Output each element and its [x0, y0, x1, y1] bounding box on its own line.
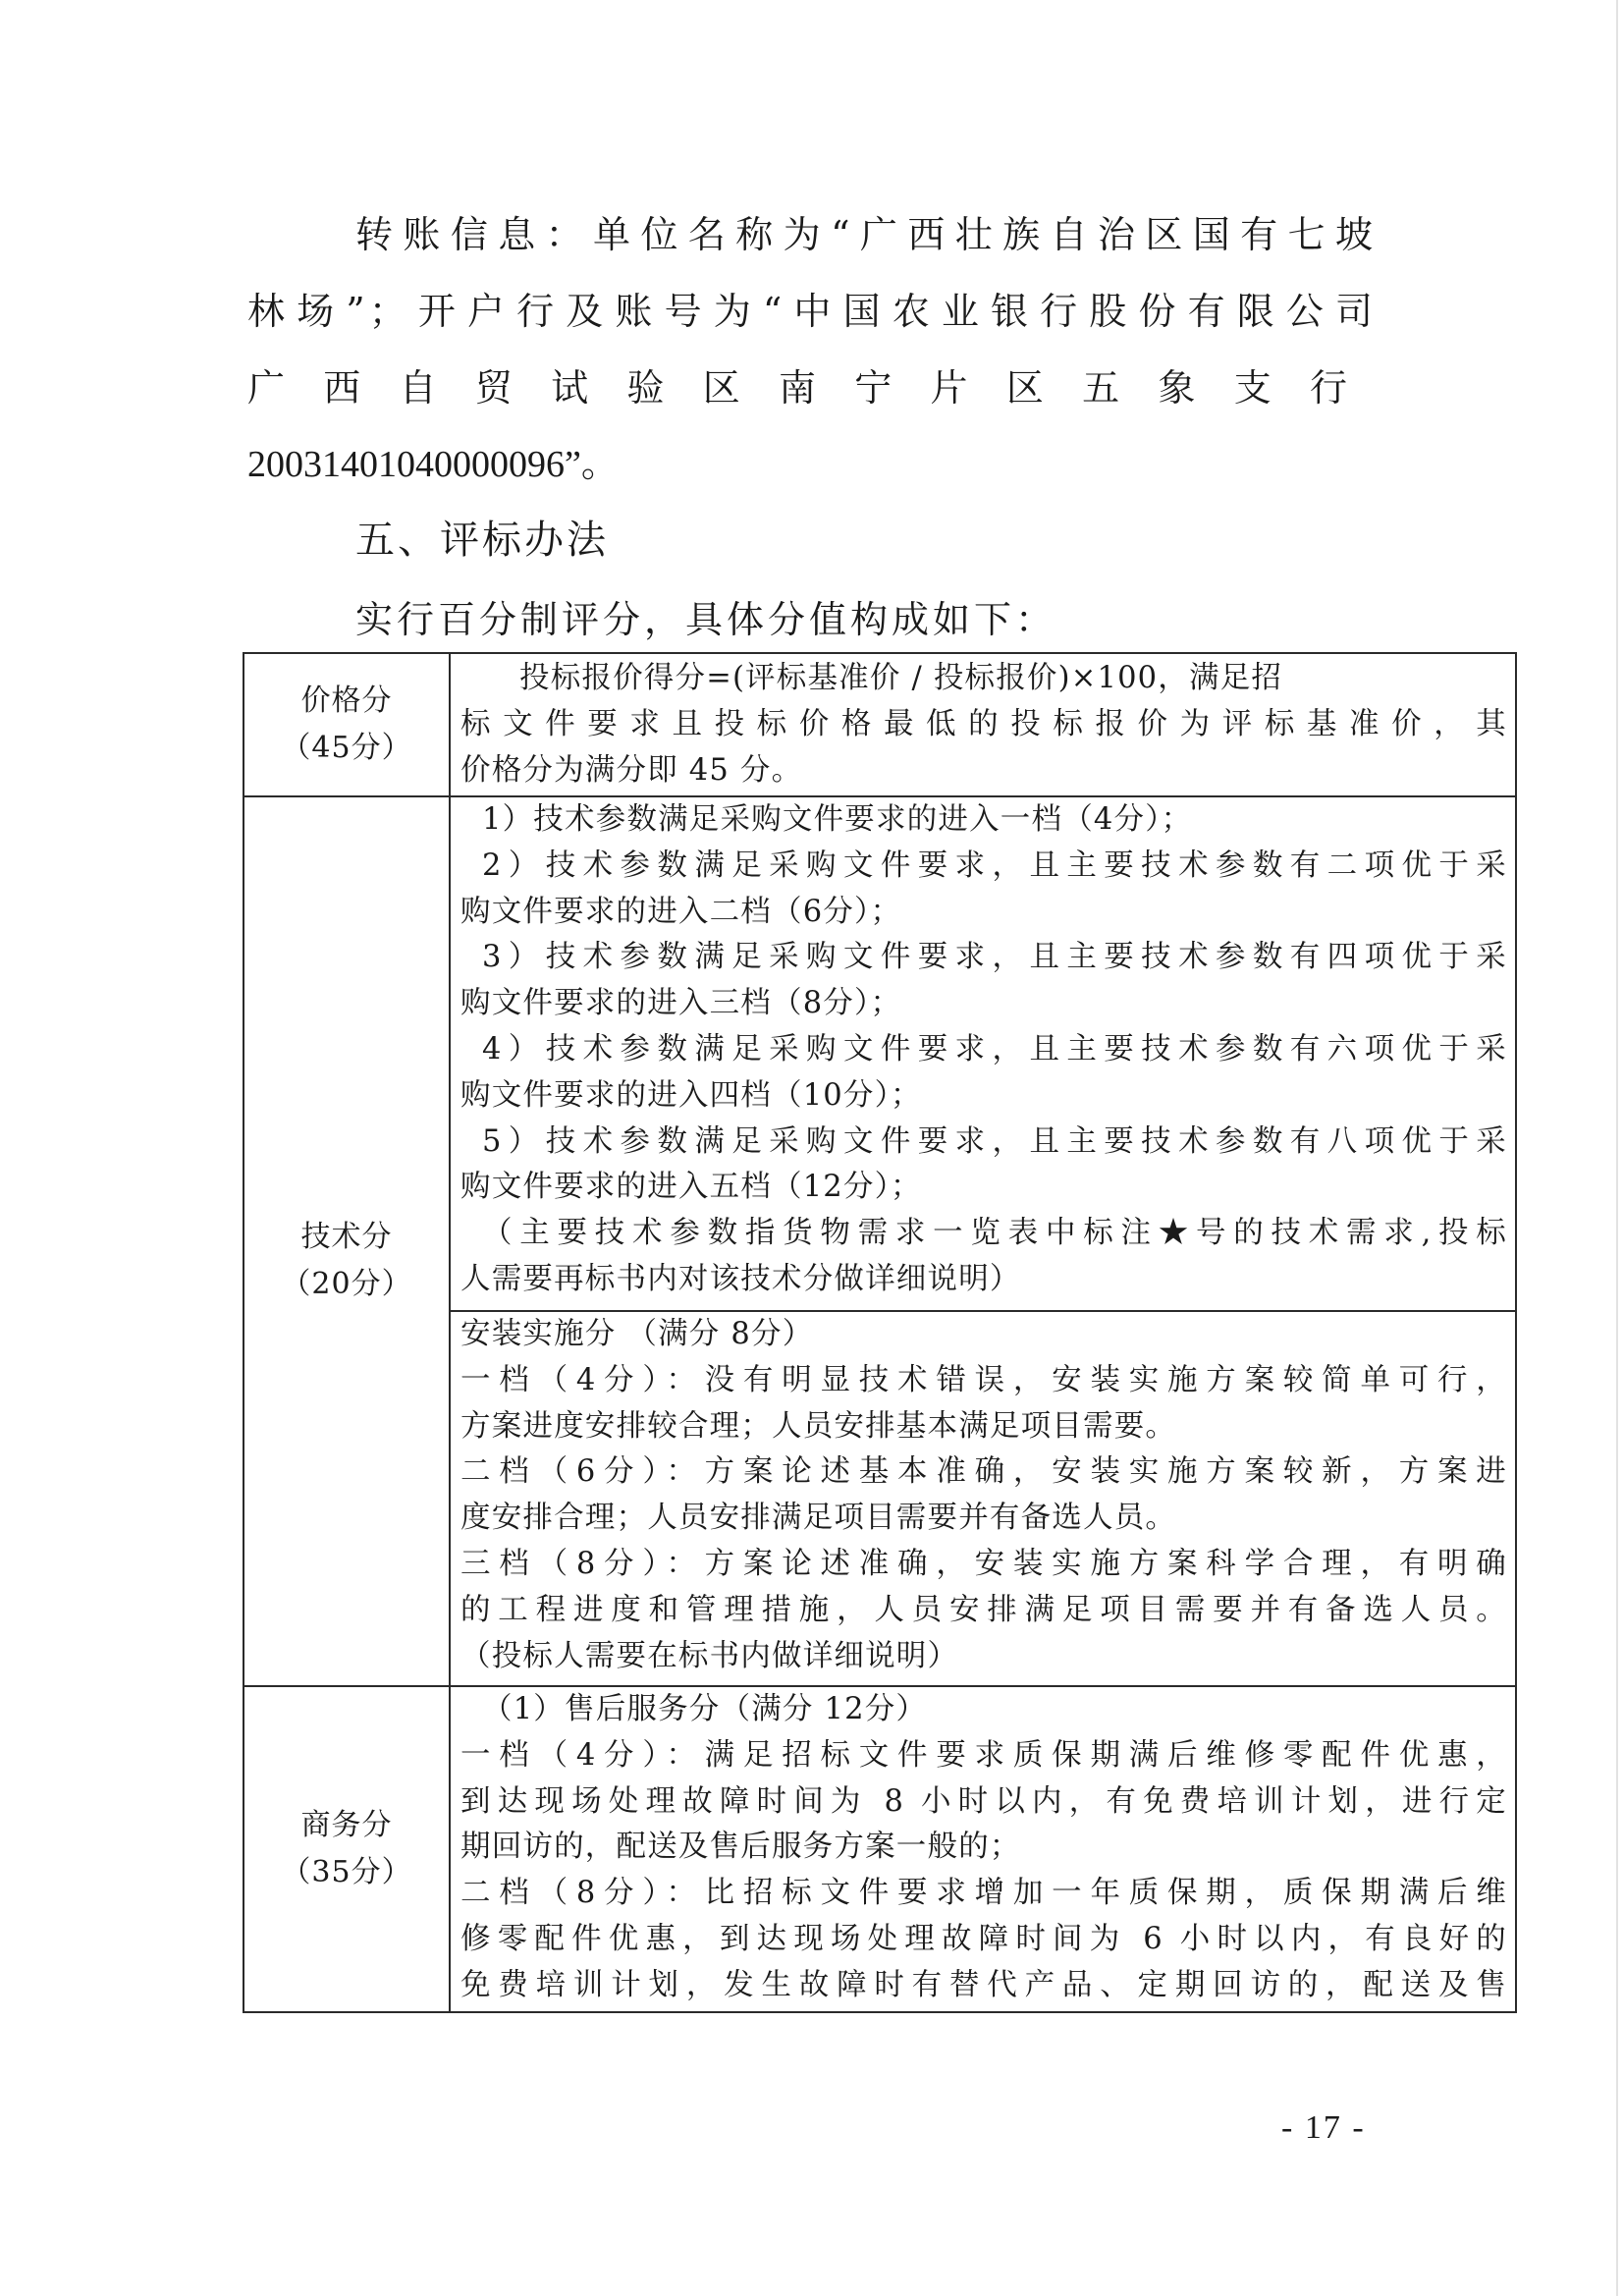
criteria-line: 的工程进度和管理措施，人员安排满足项目需要并有备选人员。: [460, 1588, 1507, 1634]
criteria-line: （1）售后服务分（满分 12分）: [460, 1687, 1507, 1733]
category-points: （35分）: [244, 1849, 449, 1896]
category-points: （45分）: [244, 725, 449, 772]
criteria-line: 4）技术参数满足采购文件要求，且主要技术参数有六项优于采: [460, 1027, 1507, 1073]
criteria-line: 二档（6分）：方案论述基本准确，安装实施方案较新，方案进: [460, 1449, 1507, 1496]
criteria-line: 购文件要求的进入二档（6分）；: [460, 890, 1507, 936]
criteria-line: 1）技术参数满足采购文件要求的进入一档（4分）；: [460, 797, 1507, 844]
criteria-line: 一档（4分）：满足招标文件要求质保期满后维修零配件优惠，: [460, 1733, 1507, 1779]
scan-edge-line: [1616, 0, 1618, 2296]
criteria-line: 2）技术参数满足采购文件要求，且主要技术参数有二项优于采: [460, 844, 1507, 890]
section-heading: 五、评标办法: [355, 511, 609, 570]
transfer-info-line: 广西自贸试验区南宁片区五象支行: [247, 350, 1377, 426]
category-cell: 技术分 （20分）: [243, 796, 450, 1686]
criteria-line: 购文件要求的进入三档（8分）；: [460, 981, 1507, 1027]
transfer-info-line: 转账信息：单位名称为“广西壮族自治区国有七坡: [247, 196, 1377, 273]
table-row-technical: 技术分 （20分） 1）技术参数满足采购文件要求的进入一档（4分）； 2）技术参…: [243, 796, 1516, 1311]
category-cell: 商务分 （35分）: [243, 1686, 450, 2012]
transfer-info-line: 林场”；开户行及账号为“中国农业银行股份有限公司: [247, 273, 1377, 350]
category-cell: 价格分 （45分）: [243, 653, 450, 796]
category-name: 商务分: [244, 1802, 449, 1849]
criteria-line: 期回访的，配送及售后服务方案一般的；: [460, 1825, 1507, 1871]
account-number-line: 20031401040000096”。: [247, 426, 1377, 503]
criteria-cell: 安装实施分 （满分 8分） 一档（4分）：没有明显技术错误，安装实施方案较简单可…: [450, 1311, 1516, 1686]
page-number: - 17 -: [1281, 2109, 1366, 2147]
criteria-line: 免费培训计划，发生故障时有替代产品、定期回访的，配送及售: [460, 1963, 1507, 2009]
table-row-business: 商务分 （35分） （1）售后服务分（满分 12分） 一档（4分）：满足招标文件…: [243, 1686, 1516, 2012]
criteria-line: 方案进度安排较合理；人员安排基本满足项目需要。: [460, 1404, 1507, 1450]
scoring-table: 价格分 （45分） 投标报价得分=(评标基准价 / 投标报价)×100，满足招 …: [243, 652, 1517, 2013]
criteria-line: 价格分为满分即 45 分。: [460, 748, 1507, 794]
criteria-line: 二档（8分）：比招标文件要求增加一年质保期，质保期满后维: [460, 1871, 1507, 1917]
criteria-line: 5）技术参数满足采购文件要求，且主要技术参数有八项优于采: [460, 1120, 1507, 1166]
transfer-info-paragraph: 转账信息：单位名称为“广西壮族自治区国有七坡 林场”；开户行及账号为“中国农业银…: [247, 196, 1377, 503]
criteria-line: 人需要再标书内对该技术分做详细说明）: [460, 1257, 1507, 1303]
criteria-line: 标文件要求且投标价格最低的投标报价为评标基准价，其: [460, 702, 1507, 748]
criteria-line: 修零配件优惠，到达现场处理故障时间为 6 小时以内，有良好的: [460, 1917, 1507, 1963]
criteria-line: 三档（8分）：方案论述准确，安装实施方案科学合理，有明确: [460, 1542, 1507, 1588]
criteria-line: 一档（4分）：没有明显技术错误，安装实施方案较简单可行，: [460, 1358, 1507, 1404]
table-row-price: 价格分 （45分） 投标报价得分=(评标基准价 / 投标报价)×100，满足招 …: [243, 653, 1516, 796]
criteria-line: （投标人需要在标书内做详细说明）: [460, 1634, 1507, 1680]
criteria-cell: 1）技术参数满足采购文件要求的进入一档（4分）； 2）技术参数满足采购文件要求，…: [450, 796, 1516, 1311]
criteria-cell: 投标报价得分=(评标基准价 / 投标报价)×100，满足招 标文件要求且投标价格…: [450, 653, 1516, 796]
category-points: （20分）: [244, 1261, 449, 1308]
criteria-line-star-note: （主要技术参数指货物需求一览表中标注★号的技术需求,投标: [460, 1211, 1507, 1257]
criteria-line: 度安排合理；人员安排满足项目需要并有备选人员。: [460, 1496, 1507, 1542]
category-name: 价格分: [244, 678, 449, 725]
criteria-cell: （1）售后服务分（满分 12分） 一档（4分）：满足招标文件要求质保期满后维修零…: [450, 1686, 1516, 2012]
category-name: 技术分: [244, 1214, 449, 1261]
criteria-line: 3）技术参数满足采购文件要求，且主要技术参数有四项优于采: [460, 935, 1507, 981]
section-intro: 实行百分制评分，具体分值构成如下：: [355, 592, 1056, 647]
criteria-line: 投标报价得分=(评标基准价 / 投标报价)×100，满足招: [460, 656, 1507, 702]
criteria-line: 购文件要求的进入五档（12分）；: [460, 1165, 1507, 1211]
criteria-line: 安装实施分 （满分 8分）: [460, 1312, 1507, 1358]
criteria-line: 到达现场处理故障时间为 8 小时以内，有免费培训计划，进行定: [460, 1779, 1507, 1826]
criteria-line: 购文件要求的进入四档（10分）；: [460, 1073, 1507, 1120]
